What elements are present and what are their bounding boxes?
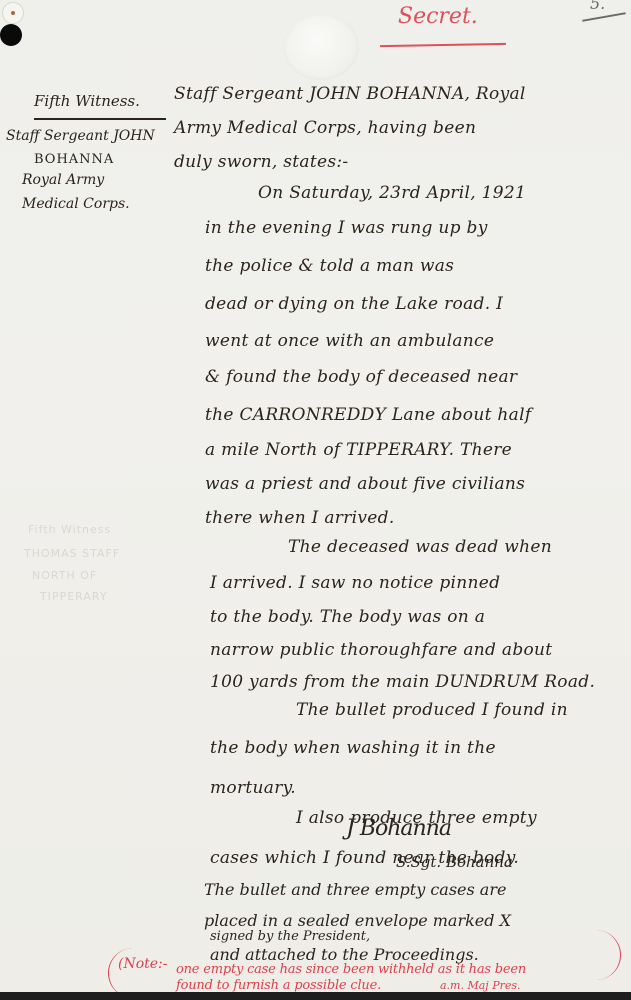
statement-line: Army Medical Corps, having been — [174, 118, 476, 138]
statement-line: I arrived. I saw no notice pinned — [210, 573, 500, 593]
document-page: 5. Secret. Fifth Witness. Staff Sergeant… — [0, 0, 631, 992]
statement-line: to the body. The body was on a — [210, 607, 485, 627]
note-line: one empty case has since been withheld a… — [176, 962, 526, 977]
statement-line: the police & told a man was — [205, 256, 454, 276]
statement-line: the body when washing it in the — [210, 738, 496, 758]
page-number: 5. — [590, 0, 605, 13]
statement-line: went at once with an ambulance — [205, 331, 494, 351]
binding-hole — [2, 2, 24, 24]
show-through-text: Fifth Witness — [28, 523, 111, 536]
statement-line: 100 yards from the main DUNDRUM Road. — [210, 672, 595, 692]
margin-line: Staff Sergeant JOHN — [6, 124, 155, 148]
note-label: (Note:- — [118, 956, 168, 972]
embossed-seal — [283, 14, 359, 80]
statement-line: On Saturday, 23rd April, 1921 — [258, 183, 526, 203]
page-number-underline — [582, 12, 626, 22]
statement-line: The bullet produced I found in — [296, 700, 568, 720]
statement-line: in the evening I was rung up by — [205, 218, 488, 238]
note-initials: a.m. Maj Pres. — [440, 979, 521, 992]
statement-line: dead or dying on the Lake road. I — [205, 294, 503, 314]
statement-line: was a priest and about five civilians — [205, 474, 525, 494]
margin-line: Medical Corps. — [22, 192, 130, 216]
show-through-text: NORTH OF — [32, 569, 97, 582]
statement-line: a mile North of TIPPERARY. There — [205, 440, 512, 460]
margin-title: Fifth Witness. — [34, 92, 140, 110]
classification-underline — [380, 43, 506, 47]
statement-line: Staff Sergeant JOHN BOHANNA, Royal — [174, 84, 526, 104]
scan-bottom-edge — [0, 992, 631, 1000]
statement-line: narrow public thoroughfare and about — [210, 640, 552, 660]
annotation-line: signed by the President, — [210, 929, 370, 944]
margin-line: Royal Army — [22, 168, 104, 192]
note-line: found to furnish a possible clue. — [176, 978, 381, 992]
statement-line: & found the body of deceased near — [205, 367, 517, 387]
note-close-paren — [590, 930, 621, 980]
statement-line: mortuary. — [210, 778, 296, 798]
binding-hole-dark — [0, 24, 22, 46]
classification-mark: Secret. — [398, 4, 478, 29]
annotation-line: The bullet and three empty cases are — [204, 880, 506, 899]
signature-rank: S.Sgt. Bohanna — [396, 853, 513, 871]
show-through-text: TIPPERARY — [40, 590, 108, 603]
statement-line: duly sworn, states:- — [174, 152, 348, 172]
show-through-text: THOMAS STAFF — [24, 547, 120, 560]
statement-line: The deceased was dead when — [288, 537, 552, 557]
statement-line: the CARRONREDDY Lane about half — [205, 405, 531, 425]
annotation-line: placed in a sealed envelope marked X — [204, 911, 511, 930]
margin-title-underline — [34, 118, 166, 120]
statement-line: there when I arrived. — [205, 508, 395, 528]
signature: J Bohanna — [346, 816, 451, 841]
